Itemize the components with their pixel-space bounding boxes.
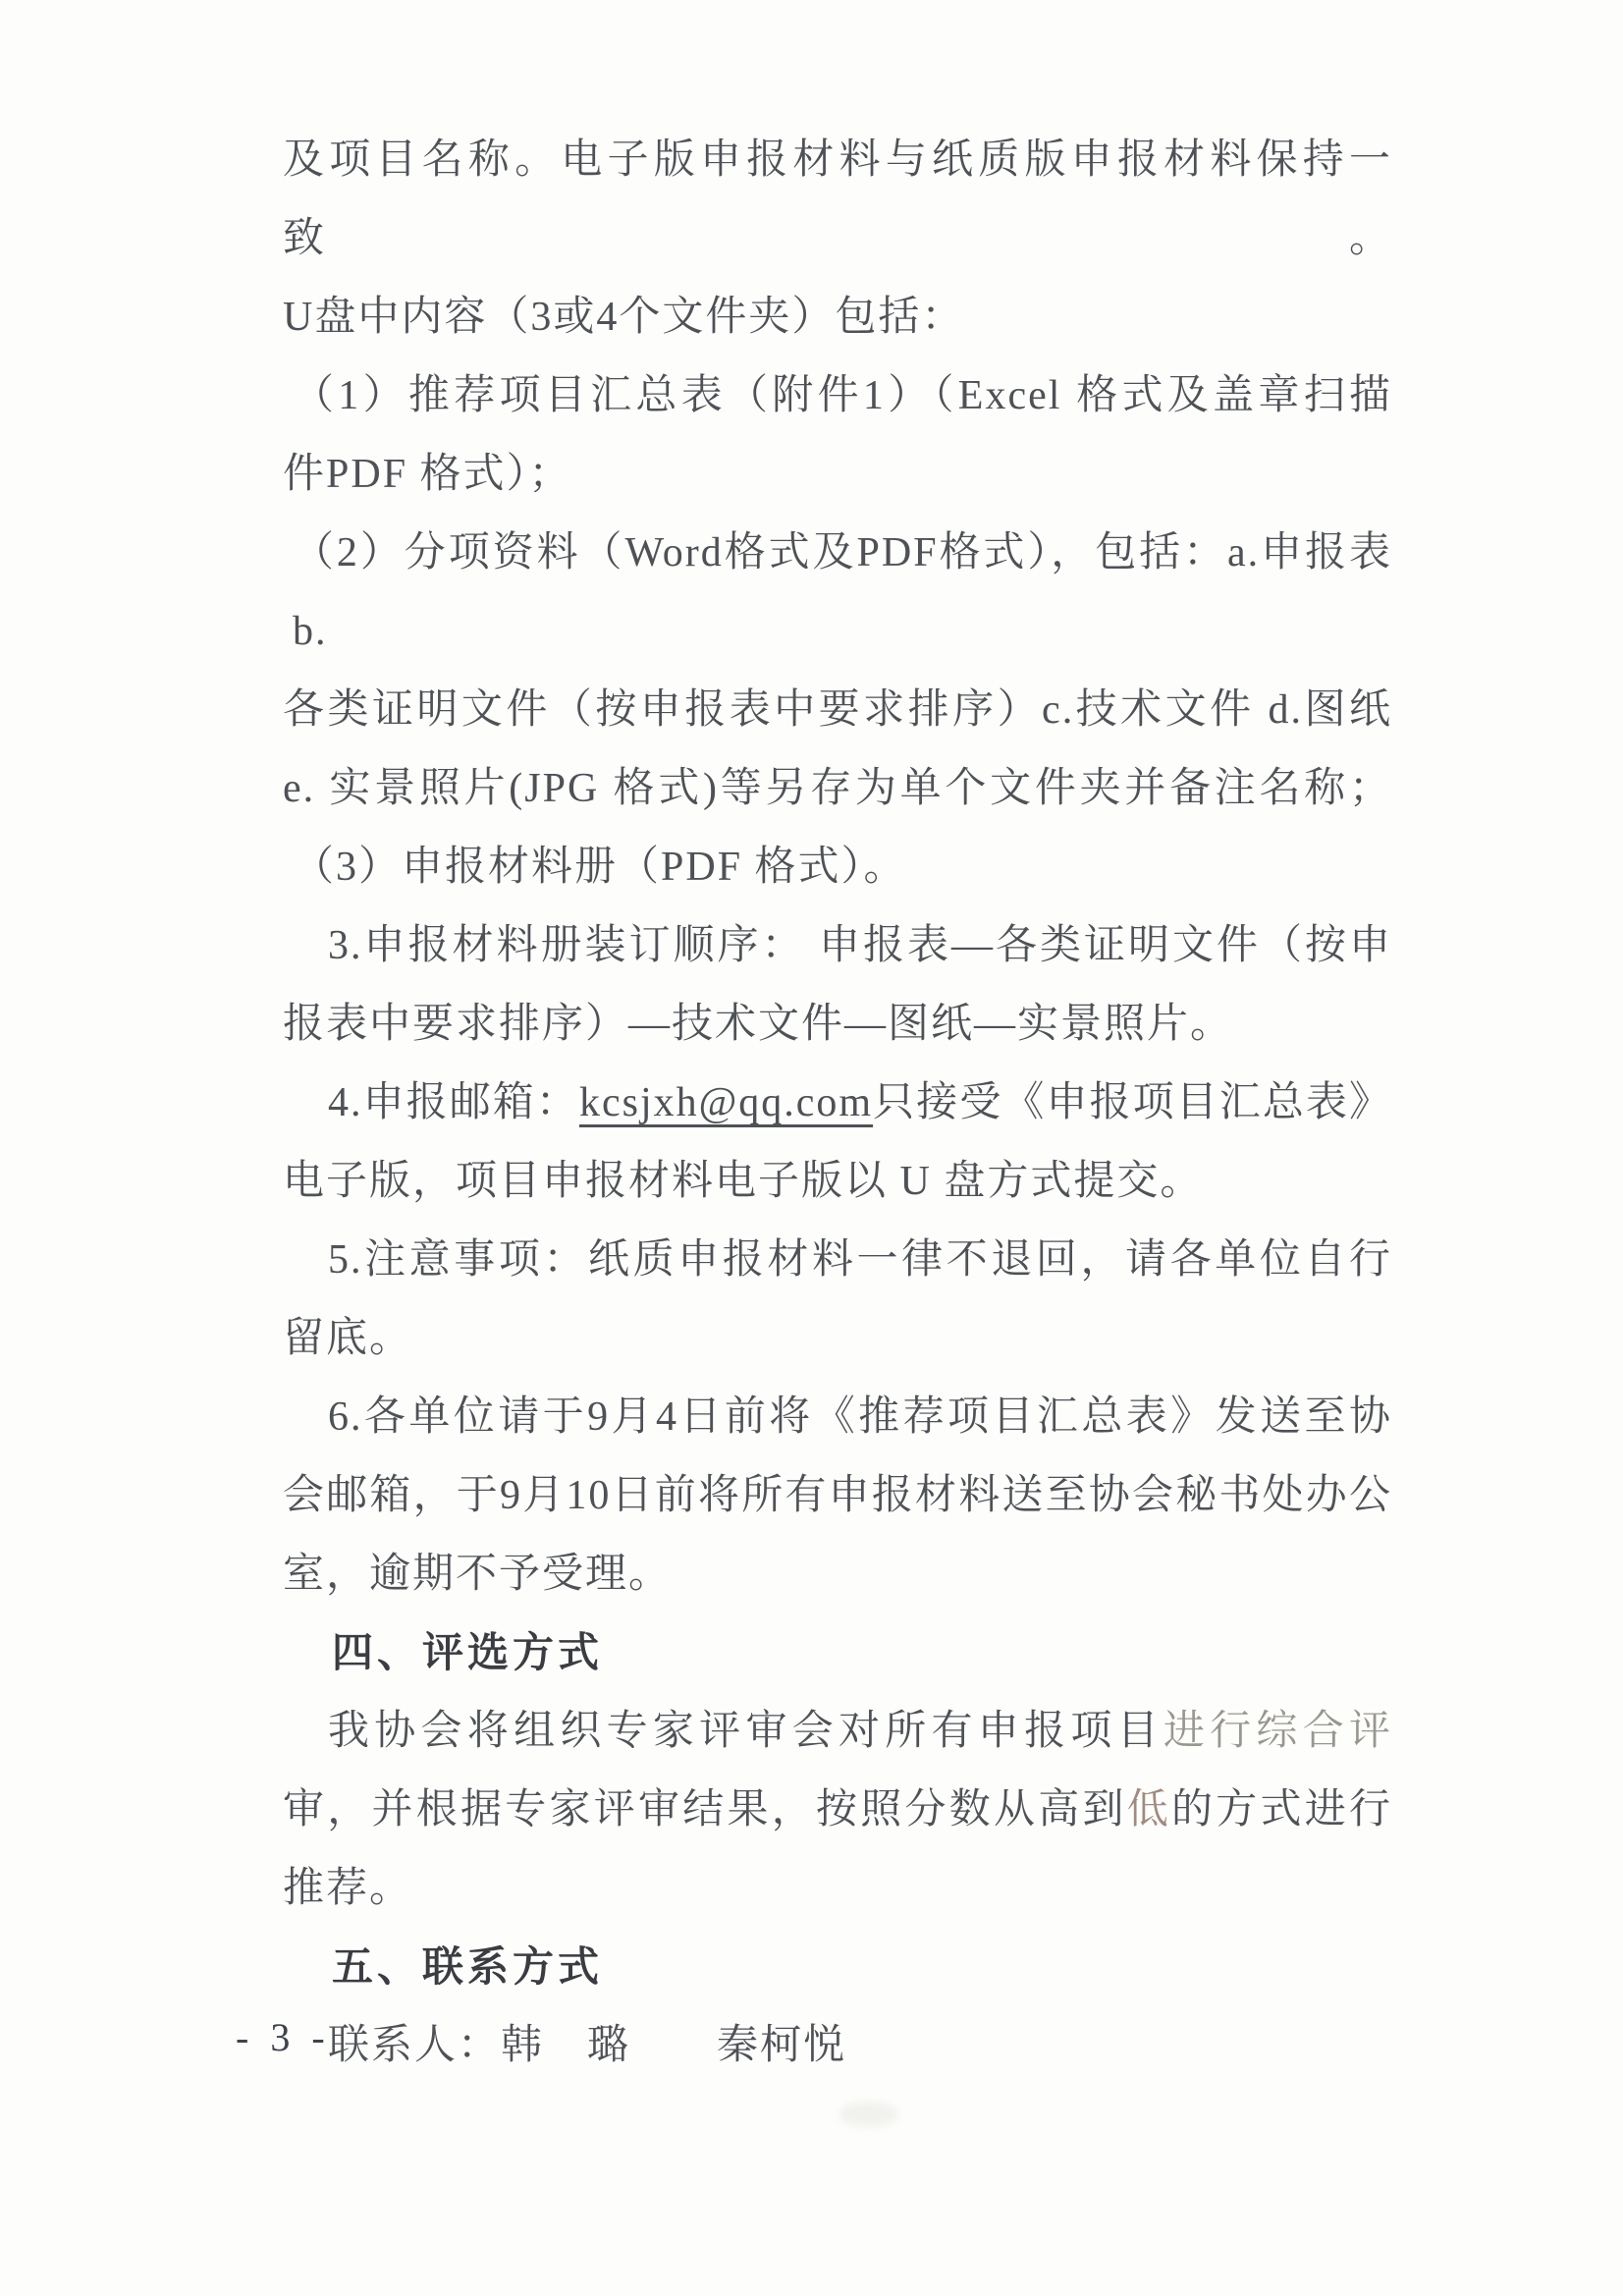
text-line: 4.申报邮箱：kcsjxh@qq.com只接受《申报项目汇总表》 [283, 1064, 1392, 1142]
text-line: 审，并根据专家评审结果，按照分数从高到低的方式进行 [283, 1771, 1392, 1849]
text-line: U盘中内容（3或4个文件夹）包括： [283, 278, 1392, 356]
text-segment: 进行综合评 [1163, 1709, 1392, 1754]
text-segment: 留底。 [283, 1316, 412, 1361]
text-line: 电子版，项目申报材料电子版以 U 盘方式提交。 [283, 1142, 1392, 1221]
page-number: - 3 - [236, 2015, 331, 2060]
text-line: 室，逾期不予受理。 [283, 1535, 1392, 1613]
scan-smudge [839, 2102, 898, 2127]
text-line: 件PDF 格式）； [283, 435, 1392, 514]
text-segment: 6.各单位请于9月4日前将《推荐项目汇总表》发送至协 [328, 1394, 1392, 1440]
text-segment: 室，逾期不予受理。 [283, 1552, 672, 1597]
text-line: 留底。 [283, 1299, 1392, 1378]
text-line: 6.各单位请于9月4日前将《推荐项目汇总表》发送至协 [283, 1378, 1392, 1456]
section-heading: 五、联系方式 [283, 1928, 1392, 2006]
text-segment: （2）分项资料（Word格式及PDF格式），包括：a.申报表 b. [293, 530, 1405, 654]
text-segment: 4.申报邮箱： [328, 1080, 579, 1125]
text-segment: 报表中要求排序）—技术文件—图纸—实景照片。 [283, 1002, 1233, 1047]
text-segment: 只接受《申报项目汇总表》 [873, 1080, 1392, 1125]
text-line: （3）申报材料册（PDF 格式）。 [283, 828, 1392, 906]
text-segment: 联系人：韩 璐 秦柯悦 [328, 2023, 846, 2068]
text-line: 各类证明文件（按申报表中要求排序）c.技术文件 d.图纸 [283, 671, 1392, 749]
email-address: kcsjxh@qq.com [579, 1080, 873, 1125]
text-segment: 5.注意事项：纸质申报材料一律不退回，请各单位自行 [328, 1237, 1392, 1283]
text-line: 及项目名称。电子版申报材料与纸质版申报材料保持一致。 [283, 121, 1392, 278]
text-segment: （1）推荐项目汇总表（附件1）（Excel 格式及盖章扫描 [293, 373, 1392, 418]
text-segment: 低 [1127, 1787, 1171, 1832]
text-segment: U盘中内容（3或4个文件夹）包括： [283, 295, 964, 340]
text-segment: （3）申报材料册（PDF 格式）。 [293, 845, 907, 890]
text-segment: 审，并根据专家评审结果，按照分数从高到 [283, 1787, 1127, 1832]
text-line: 推荐。 [283, 1849, 1392, 1928]
text-segment: 四、评选方式 [332, 1629, 603, 1675]
text-segment: 3.申报材料册装订顺序： 申报表—各类证明文件（按申 [328, 923, 1392, 968]
text-line: （2）分项资料（Word格式及PDF格式），包括：a.申报表 b. [283, 514, 1392, 671]
text-line: 报表中要求排序）—技术文件—图纸—实景照片。 [283, 985, 1392, 1064]
text-line: 3.申报材料册装订顺序： 申报表—各类证明文件（按申 [283, 906, 1392, 985]
document-page: 及项目名称。电子版申报材料与纸质版申报材料保持一致。U盘中内容（3或4个文件夹）… [0, 0, 1623, 2296]
text-segment: 的方式进行 [1171, 1787, 1392, 1832]
text-segment: e. 实景照片(JPG 格式)等另存为单个文件夹并备注名称； [283, 766, 1392, 811]
text-segment: 件PDF 格式）； [283, 452, 572, 497]
document-body: 及项目名称。电子版申报材料与纸质版申报材料保持一致。U盘中内容（3或4个文件夹）… [283, 121, 1392, 2085]
text-line: 联系人：韩 璐 秦柯悦 [283, 2006, 1392, 2085]
text-segment: 五、联系方式 [332, 1943, 603, 1990]
text-segment: 推荐。 [283, 1866, 412, 1911]
text-segment: 电子版，项目申报材料电子版以 U 盘方式提交。 [283, 1159, 1203, 1204]
section-heading: 四、评选方式 [283, 1613, 1392, 1692]
text-segment: 各类证明文件（按申报表中要求排序）c.技术文件 d.图纸 [283, 687, 1392, 733]
text-line: e. 实景照片(JPG 格式)等另存为单个文件夹并备注名称； [283, 749, 1392, 828]
text-segment: 会邮箱，于9月10日前将所有申报材料送至协会秘书处办公 [283, 1473, 1392, 1518]
text-segment: 及项目名称。电子版申报材料与纸质版申报材料保持一致。 [283, 137, 1392, 261]
text-line: （1）推荐项目汇总表（附件1）（Excel 格式及盖章扫描 [283, 356, 1392, 435]
text-line: 会邮箱，于9月10日前将所有申报材料送至协会秘书处办公 [283, 1456, 1392, 1535]
text-line: 我协会将组织专家评审会对所有申报项目进行综合评 [283, 1692, 1392, 1771]
text-line: 5.注意事项：纸质申报材料一律不退回，请各单位自行 [283, 1221, 1392, 1299]
text-segment: 我协会将组织专家评审会对所有申报项目 [328, 1709, 1163, 1754]
